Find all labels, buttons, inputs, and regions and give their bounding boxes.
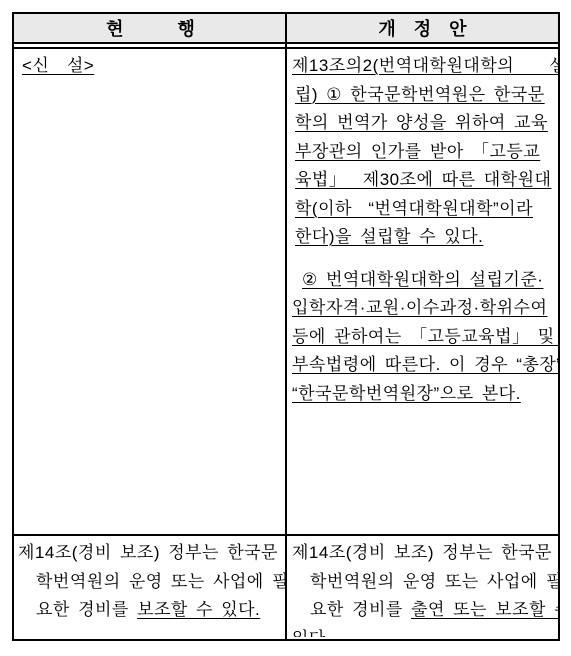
text-line: ② 번역대학원대학의 설립기준·	[292, 266, 556, 295]
text-segment: 요한 경비를	[36, 600, 137, 619]
text-line: 입학자격·교원·이수과정·학위수여	[292, 294, 556, 323]
underlined-text-segment: 학(이하 “번역대학원대학”이라	[295, 199, 533, 218]
header-amendment: 개 정 안	[287, 14, 558, 42]
text-line: 립) ① 한국문학번역원은 한국문	[292, 81, 556, 110]
underlined-text-segment: <신 설>	[22, 56, 94, 75]
underlined-text-segment: ② 번역대학원대학의 설립기준·	[302, 270, 543, 289]
text-segment: 요한 경비를	[310, 600, 411, 619]
text-line: 학의 번역가 양성을 위하여 교육	[292, 109, 556, 138]
text-line: 요한 경비를 보조할 수 있다.	[18, 596, 285, 625]
underlined-text-segment: 한다)을 설립할 수 있다.	[295, 227, 483, 246]
underlined-text-segment: 출연 또는 보조할 수	[411, 600, 558, 619]
underlined-text-segment: 육법」 제30조에 따른 대학원대	[295, 170, 551, 189]
column-divider	[285, 14, 287, 639]
text-line: 등에 관하여는 「고등교육법」 및 그	[292, 323, 556, 352]
text-line: “한국문학번역원장”으로 본다.	[292, 380, 556, 409]
text-line: 학번역원의 운영 또는 사업에 필	[292, 568, 556, 597]
underlined-text-segment: 입학자격·교원·이수과정·학위수여	[292, 298, 547, 317]
cell-current-new-provision: <신 설>	[14, 49, 287, 534]
underlined-text-segment: 있다.	[292, 629, 331, 638]
text-line: 한다)을 설립할 수 있다.	[292, 223, 556, 252]
text-line: 학(이하 “번역대학원대학”이라	[292, 195, 556, 224]
underlined-text-segment: 부장관의 인가를 받아 「고등교	[295, 142, 540, 161]
text-line: 제13조의2(번역대학원대학의 설	[292, 52, 556, 81]
text-line: 있다.	[292, 625, 556, 638]
underlined-text-segment: 제13조의2(번역대학원대학의 설	[292, 56, 558, 75]
text-line: 제14조(경비 보조) 정부는 한국문	[18, 539, 285, 568]
text-line: 학번역원의 운영 또는 사업에 필	[18, 568, 285, 597]
underlined-text-segment: 부속법령에 따른다. 이 경우 “총장”은	[292, 355, 558, 374]
text-segment: 제14조(경비 보조) 정부는 한국문	[18, 543, 278, 562]
cell-amendment-article-14: 제14조(경비 보조) 정부는 한국문학번역원의 운영 또는 사업에 필요한 경…	[287, 536, 558, 637]
underlined-text-segment: 립) ① 한국문학번역원은 한국문	[295, 85, 545, 104]
text-segment: 학번역원의 운영 또는 사업에 필	[36, 572, 287, 591]
text-line: <신 설>	[18, 52, 285, 81]
text-segment: 제14조(경비 보조) 정부는 한국문	[292, 543, 552, 562]
header-current: 현 행	[14, 14, 287, 42]
text-line: 요한 경비를 출연 또는 보조할 수	[292, 596, 556, 625]
underlined-text-segment: 보조할 수 있다.	[137, 600, 260, 619]
text-line: 부장관의 인가를 받아 「고등교	[292, 138, 556, 167]
text-line: 육법」 제30조에 따른 대학원대	[292, 166, 556, 195]
underlined-text-segment: 학의 번역가 양성을 위하여 교육	[295, 113, 548, 132]
text-line: 부속법령에 따른다. 이 경우 “총장”은	[292, 351, 556, 380]
text-segment: 학번역원의 운영 또는 사업에 필	[310, 572, 558, 591]
cell-amendment-article-13-2: 제13조의2(번역대학원대학의 설립) ① 한국문학번역원은 한국문학의 번역가…	[287, 49, 558, 534]
text-line: 제14조(경비 보조) 정부는 한국문	[292, 539, 556, 568]
text-line	[292, 252, 556, 266]
cell-current-article-14: 제14조(경비 보조) 정부는 한국문학번역원의 운영 또는 사업에 필요한 경…	[14, 536, 287, 637]
underlined-text-segment: 등에 관하여는 「고등교육법」 및 그	[292, 327, 558, 346]
law-comparison-table: 현 행 개 정 안 <신 설> 제13조의2(번역대학원대학의 설립) ① 한국…	[12, 12, 560, 641]
underlined-text-segment: “한국문학번역원장”으로 본다.	[292, 384, 521, 403]
